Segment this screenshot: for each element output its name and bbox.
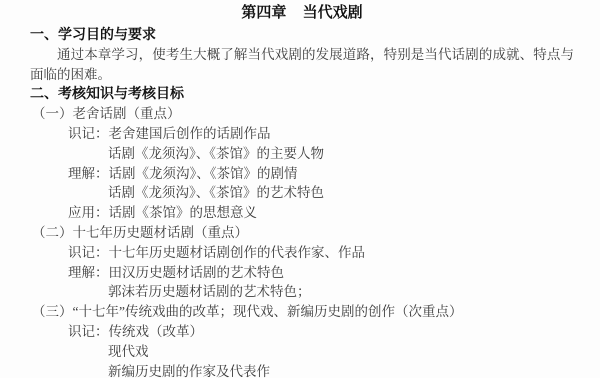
entry-text: 田汉历史题材话剧的艺术特色 [109, 265, 285, 280]
entry-continuation: 话剧《龙须沟》、《茶馆》的主要人物 [30, 144, 574, 164]
section-study-goals: 一、学习目的与要求 通过本章学习，使考生大概了解当代戏剧的发展道路，特别是当代话… [30, 25, 574, 84]
entry-tag: 识记： [68, 243, 109, 263]
section2-heading: 二、考核知识与考核目标 [30, 84, 574, 104]
entry-text: 十七年历史题材话剧创作的代表作家、作品 [109, 245, 366, 260]
entry-continuation: 现代戏 [30, 342, 574, 362]
entry-text: 话剧《龙须沟》、《茶馆》的剧情 [109, 166, 298, 181]
entry-text: 老舍建国后创作的话剧作品 [109, 126, 271, 141]
entry-tag: 应用： [68, 203, 109, 223]
entry-tag: 识记： [68, 322, 109, 342]
entry-continuation: 新编历史剧的作家及代表作 [30, 362, 574, 378]
outline-item-3: （三）“十七年”传统戏曲的改革；现代戏、新编历史剧的创作（次重点） 识记：传统戏… [30, 302, 574, 378]
chapter-title: 第四章 当代戏剧 [30, 3, 574, 23]
section-assessment-targets: 二、考核知识与考核目标 （一）老舍话剧（重点） 识记：老舍建国后创作的话剧作品 … [30, 84, 574, 378]
document-page: 第四章 当代戏剧 一、学习目的与要求 通过本章学习，使考生大概了解当代戏剧的发展… [0, 0, 600, 378]
section1-heading: 一、学习目的与要求 [30, 25, 574, 45]
entry-continuation: 话剧《龙须沟》、《茶馆》的艺术特色 [30, 183, 574, 203]
outline-entry: 识记：传统戏（改革） [30, 322, 574, 342]
outline-entry: 理解：田汉历史题材话剧的艺术特色 [30, 263, 574, 283]
outline-entry: 识记：十七年历史题材话剧创作的代表作家、作品 [30, 243, 574, 263]
section1-paragraph: 通过本章学习，使考生大概了解当代戏剧的发展道路，特别是当代话剧的成就、特点与面临… [30, 45, 574, 85]
outline-item-2: （二）十七年历史题材话剧（重点） 识记：十七年历史题材话剧创作的代表作家、作品 … [30, 223, 574, 302]
outline-item-label: （二）十七年历史题材话剧（重点） [30, 223, 574, 243]
outline-entry: 理解：话剧《龙须沟》、《茶馆》的剧情 [30, 164, 574, 184]
outline-entry: 识记：老舍建国后创作的话剧作品 [30, 124, 574, 144]
outline-item-label: （三）“十七年”传统戏曲的改革；现代戏、新编历史剧的创作（次重点） [30, 302, 574, 322]
entry-text: 话剧《茶馆》的思想意义 [109, 205, 258, 220]
entry-continuation: 郭沫若历史题材话剧的艺术特色； [30, 282, 574, 302]
entry-tag: 理解： [68, 263, 109, 283]
outline-item-1: （一）老舍话剧（重点） 识记：老舍建国后创作的话剧作品 话剧《龙须沟》、《茶馆》… [30, 104, 574, 223]
outline-item-label: （一）老舍话剧（重点） [30, 104, 574, 124]
entry-tag: 理解： [68, 164, 109, 184]
outline-entry: 应用：话剧《茶馆》的思想意义 [30, 203, 574, 223]
entry-tag: 识记： [68, 124, 109, 144]
entry-text: 传统戏（改革） [109, 324, 204, 339]
